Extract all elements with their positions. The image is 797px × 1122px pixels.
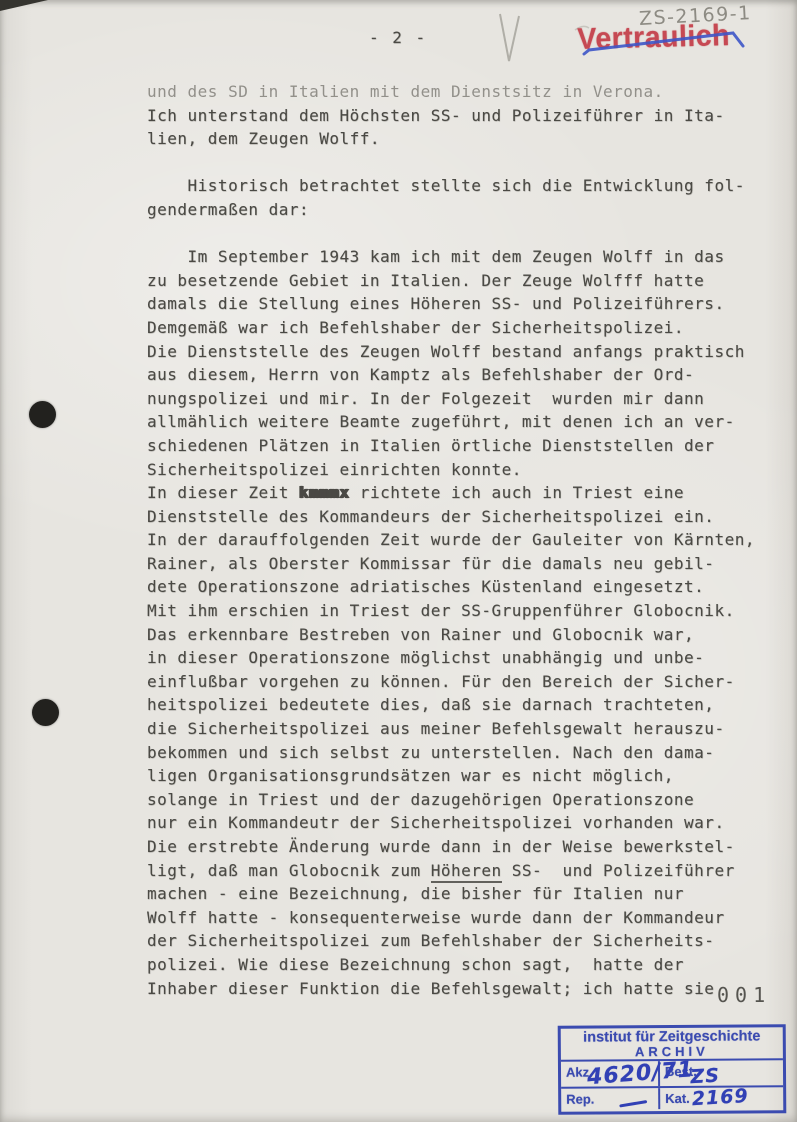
typed-line: Sicherheitspolizei einrichten konnte. bbox=[147, 458, 787, 482]
typed-line: ligt, daß man Globocnik zum Höheren SS- … bbox=[147, 859, 787, 883]
typed-line: polizei. Wie diese Bezeichnung schon sag… bbox=[147, 953, 787, 977]
typed-line: zu besetzende Gebiet in Italien. Der Zeu… bbox=[147, 269, 787, 293]
typed-line: aus diesem, Herrn von Kamptz als Befehls… bbox=[147, 363, 787, 387]
typed-line: Mit ihm erschien in Triest der SS-Gruppe… bbox=[147, 599, 787, 623]
confidential-stamp: Vertraulich bbox=[577, 19, 730, 57]
typed-line: Dienststelle des Kommandeurs der Sicherh… bbox=[147, 505, 787, 529]
kat-label: Kat. bbox=[665, 1091, 690, 1106]
typed-line: in dieser Operationszone möglichst unabh… bbox=[147, 646, 787, 670]
scan-edge-artifact bbox=[0, 0, 48, 11]
typed-line: der Sicherheitspolizei zum Befehlshaber … bbox=[147, 929, 787, 953]
typed-line: ligen Organisationsgrundsätzen war es ni… bbox=[147, 764, 787, 788]
typed-text: und des SD in Italien mit dem Dienstsitz… bbox=[147, 80, 787, 1000]
stamp-archive-label: ARCHIV bbox=[561, 1044, 783, 1060]
best-value-handwritten: ZS 2169 bbox=[690, 1061, 784, 1110]
typed-line bbox=[147, 151, 787, 175]
typed-line: Rainer, als Oberster Kommissar für die d… bbox=[147, 552, 787, 576]
typed-line: einflußbar vorgehen zu können. Für den B… bbox=[147, 670, 787, 694]
typed-line: In dieser Zeit kmmmx richtete ich auch i… bbox=[147, 481, 787, 505]
typed-line: machen - eine Bezeichnung, die bisher fü… bbox=[147, 882, 787, 906]
archive-stamp-header: institut für Zeitgeschichte ARCHIV bbox=[561, 1027, 783, 1062]
typed-line: bekommen und sich selbst zu unterstellen… bbox=[147, 741, 787, 765]
typed-line: Inhaber dieser Funktion die Befehlsgewal… bbox=[147, 977, 787, 1001]
typed-line: nur ein Kommandeutr der Sicherheitspoliz… bbox=[147, 811, 787, 835]
typed-line: dete Operationszone adriatisches Küstenl… bbox=[147, 575, 787, 599]
hole-punch-icon bbox=[32, 699, 59, 726]
typed-line: In der darauffolgenden Zeit wurde der Ga… bbox=[147, 528, 787, 552]
typed-line: lien, dem Zeugen Wolff. bbox=[147, 127, 787, 151]
typed-line: solange in Triest und der dazugehörigen … bbox=[147, 788, 787, 812]
typed-line: allmählich weitere Beamte zugeführt, mit… bbox=[147, 410, 787, 434]
typed-line bbox=[147, 222, 787, 246]
folio-number: 001 bbox=[717, 983, 771, 1007]
typed-line: damals die Stellung eines Höheren SS- un… bbox=[147, 292, 787, 316]
scanned-page: - 2 - ZS-2169-1 Vertraulich und des SD i… bbox=[0, 0, 797, 1122]
typed-line: Demgemäß war ich Befehlshaber der Sicher… bbox=[147, 316, 787, 340]
typed-line: Wolff hatte - konsequenterweise wurde da… bbox=[147, 906, 787, 930]
typed-line: Das erkennbare Bestreben von Rainer und … bbox=[147, 623, 787, 647]
archive-stamp: institut für Zeitgeschichte ARCHIV Akz. … bbox=[558, 1024, 787, 1115]
typed-line: die Sicherheitspolizei aus meiner Befehl… bbox=[147, 717, 787, 741]
typed-line: Ich unterstand dem Höchsten SS- und Poli… bbox=[147, 104, 787, 128]
page-number: - 2 - bbox=[369, 28, 427, 47]
typed-line: Im September 1943 kam ich mit dem Zeugen… bbox=[147, 245, 787, 269]
typed-line: und des SD in Italien mit dem Dienstsitz… bbox=[147, 80, 787, 104]
typed-line: gendermaßen dar: bbox=[147, 198, 787, 222]
typed-line: Die erstrebte Änderung wurde dann in der… bbox=[147, 835, 787, 859]
typed-line: schiedenen Plätzen in Italien örtliche D… bbox=[147, 434, 787, 458]
hole-punch-icon bbox=[29, 401, 56, 428]
stamp-cell-rep: Rep. bbox=[561, 1088, 660, 1110]
typed-line: Historisch betrachtet stellte sich die E… bbox=[147, 174, 787, 198]
typed-line: Die Dienststelle des Zeugen Wolff bestan… bbox=[147, 340, 787, 364]
typed-line: heitspolizei bedeutete dies, daß sie dar… bbox=[147, 693, 787, 717]
rep-label: Rep. bbox=[566, 1092, 594, 1107]
typed-line: nungspolizei und mir. In der Folgezeit w… bbox=[147, 387, 787, 411]
